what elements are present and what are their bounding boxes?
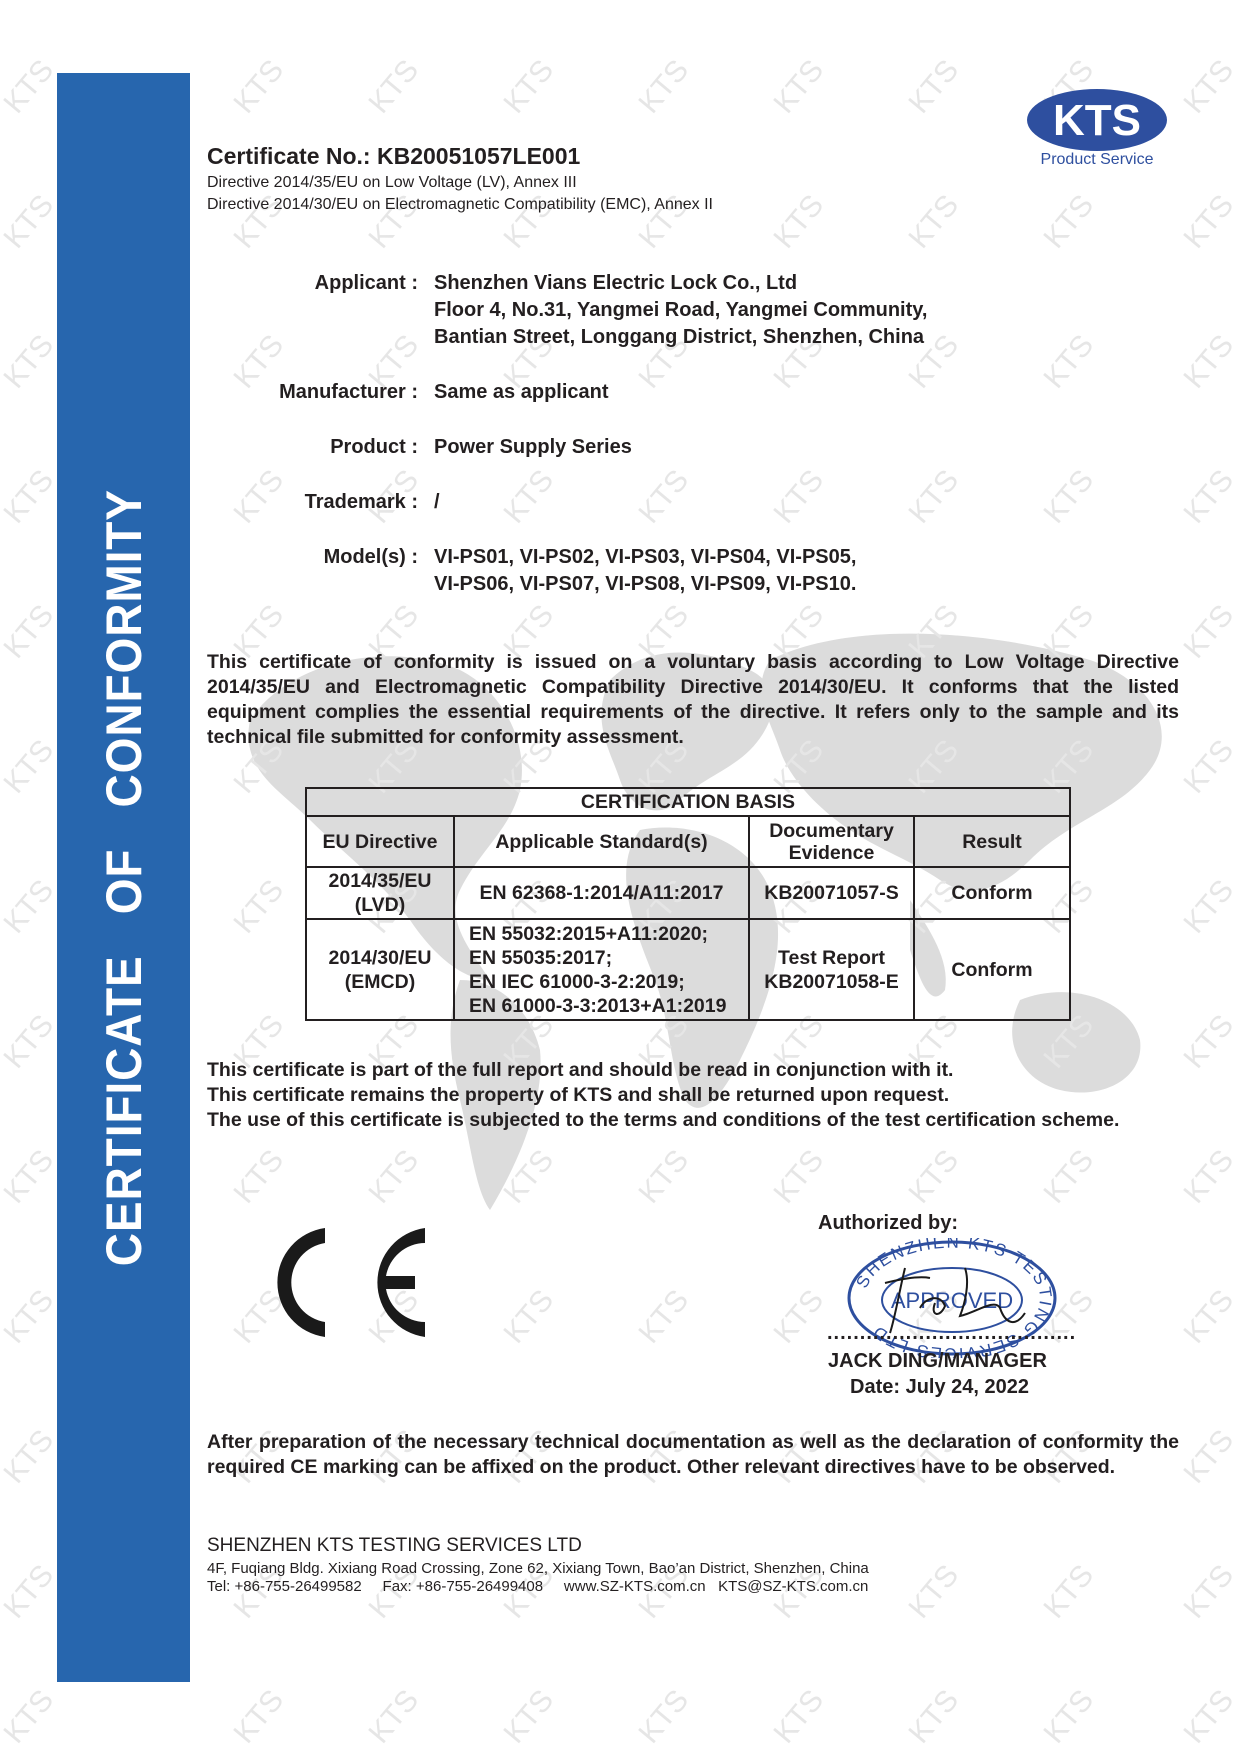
footer-company: SHENZHEN KTS TESTING SERVICES LTD xyxy=(207,1535,582,1557)
signature-line: ...................................... xyxy=(827,1322,1076,1345)
trademark-label: Trademark : xyxy=(198,491,418,514)
header-standards: Applicable Standard(s) xyxy=(454,816,749,867)
notes: This certificate is part of the full rep… xyxy=(207,1058,1179,1133)
row-lvd-standards: EN 62368-1:2014/A11:2017 xyxy=(454,867,749,919)
closing-statement: After preparation of the necessary techn… xyxy=(207,1430,1179,1480)
manufacturer-value: Same as applicant xyxy=(434,379,609,406)
authorized-by-label: Authorized by: xyxy=(818,1212,958,1235)
footer-address: 4F, Fuqiang Bldg. Xixiang Road Crossing,… xyxy=(207,1560,869,1577)
applicant-label: Applicant : xyxy=(198,272,418,295)
side-title-text: CERTIFICATE OF CONFORMITY xyxy=(95,489,153,1266)
row-lvd-directive: 2014/35/EU(LVD) xyxy=(306,867,454,919)
directive-lv: Directive 2014/35/EU on Low Voltage (LV)… xyxy=(207,174,577,192)
models-value: VI-PS01, VI-PS02, VI-PS03, VI-PS04, VI-P… xyxy=(434,544,856,598)
manufacturer-label: Manufacturer : xyxy=(198,381,418,404)
models-line-2: VI-PS06, VI-PS07, VI-PS08, VI-PS09, VI-P… xyxy=(434,571,856,598)
table-row: 2014/30/EU(EMCD) EN 55032:2015+A11:2020;… xyxy=(306,919,1070,1020)
table-header-row: EU Directive Applicable Standard(s) Docu… xyxy=(306,816,1070,867)
certification-basis-table: CERTIFICATION BASIS EU Directive Applica… xyxy=(305,787,1071,1021)
applicant-name: Shenzhen Vians Electric Lock Co., Ltd xyxy=(434,270,927,297)
product-label: Product : xyxy=(198,436,418,459)
ce-mark-icon xyxy=(265,1225,430,1340)
models-line-1: VI-PS01, VI-PS02, VI-PS03, VI-PS04, VI-P… xyxy=(434,544,856,571)
logo-subtitle: Product Service xyxy=(1012,151,1182,169)
note-3: The use of this certificate is subjected… xyxy=(207,1108,1179,1133)
row-lvd-result: Conform xyxy=(914,867,1070,919)
table-title: CERTIFICATION BASIS xyxy=(306,788,1070,816)
row-emcd-standards: EN 55032:2015+A11:2020;EN 55035:2017;EN … xyxy=(454,919,749,1020)
applicant-address-1: Floor 4, No.31, Yangmei Road, Yangmei Co… xyxy=(434,297,927,324)
svg-text:KTS: KTS xyxy=(1053,96,1141,145)
row-emcd-directive: 2014/30/EU(EMCD) xyxy=(306,919,454,1020)
header-evidence: DocumentaryEvidence xyxy=(749,816,914,867)
certificate-number: Certificate No.: KB20051057LE001 xyxy=(207,143,580,170)
signer-name: JACK DING/MANAGER xyxy=(828,1350,1047,1373)
header-result: Result xyxy=(914,816,1070,867)
product-value: Power Supply Series xyxy=(434,434,632,461)
note-1: This certificate is part of the full rep… xyxy=(207,1058,1179,1083)
svg-text:APPROVED: APPROVED xyxy=(891,1288,1013,1313)
row-emcd-result: Conform xyxy=(914,919,1070,1020)
table-row: 2014/35/EU(LVD) EN 62368-1:2014/A11:2017… xyxy=(306,867,1070,919)
kts-logo: KTS xyxy=(1026,88,1168,152)
trademark-value: / xyxy=(434,489,440,516)
side-title-band: CERTIFICATE OF CONFORMITY xyxy=(57,73,190,1682)
footer-contact: Tel: +86-755-26499582 Fax: +86-755-26499… xyxy=(207,1578,868,1595)
applicant-address-2: Bantian Street, Longgang District, Shenz… xyxy=(434,324,927,351)
header-evidence-text: DocumentaryEvidence xyxy=(754,820,909,864)
directive-emc: Directive 2014/30/EU on Electromagnetic … xyxy=(207,196,713,214)
row-lvd-evidence: KB20071057-S xyxy=(749,867,914,919)
models-label: Model(s) : xyxy=(198,546,418,569)
issue-date: Date: July 24, 2022 xyxy=(850,1376,1029,1399)
conformity-statement: This certificate of conformity is issued… xyxy=(207,650,1179,750)
header-eu-directive: EU Directive xyxy=(306,816,454,867)
applicant-value: Shenzhen Vians Electric Lock Co., Ltd Fl… xyxy=(434,270,927,351)
row-emcd-evidence: Test ReportKB20071058-E xyxy=(749,919,914,1020)
note-2: This certificate remains the property of… xyxy=(207,1083,1179,1108)
